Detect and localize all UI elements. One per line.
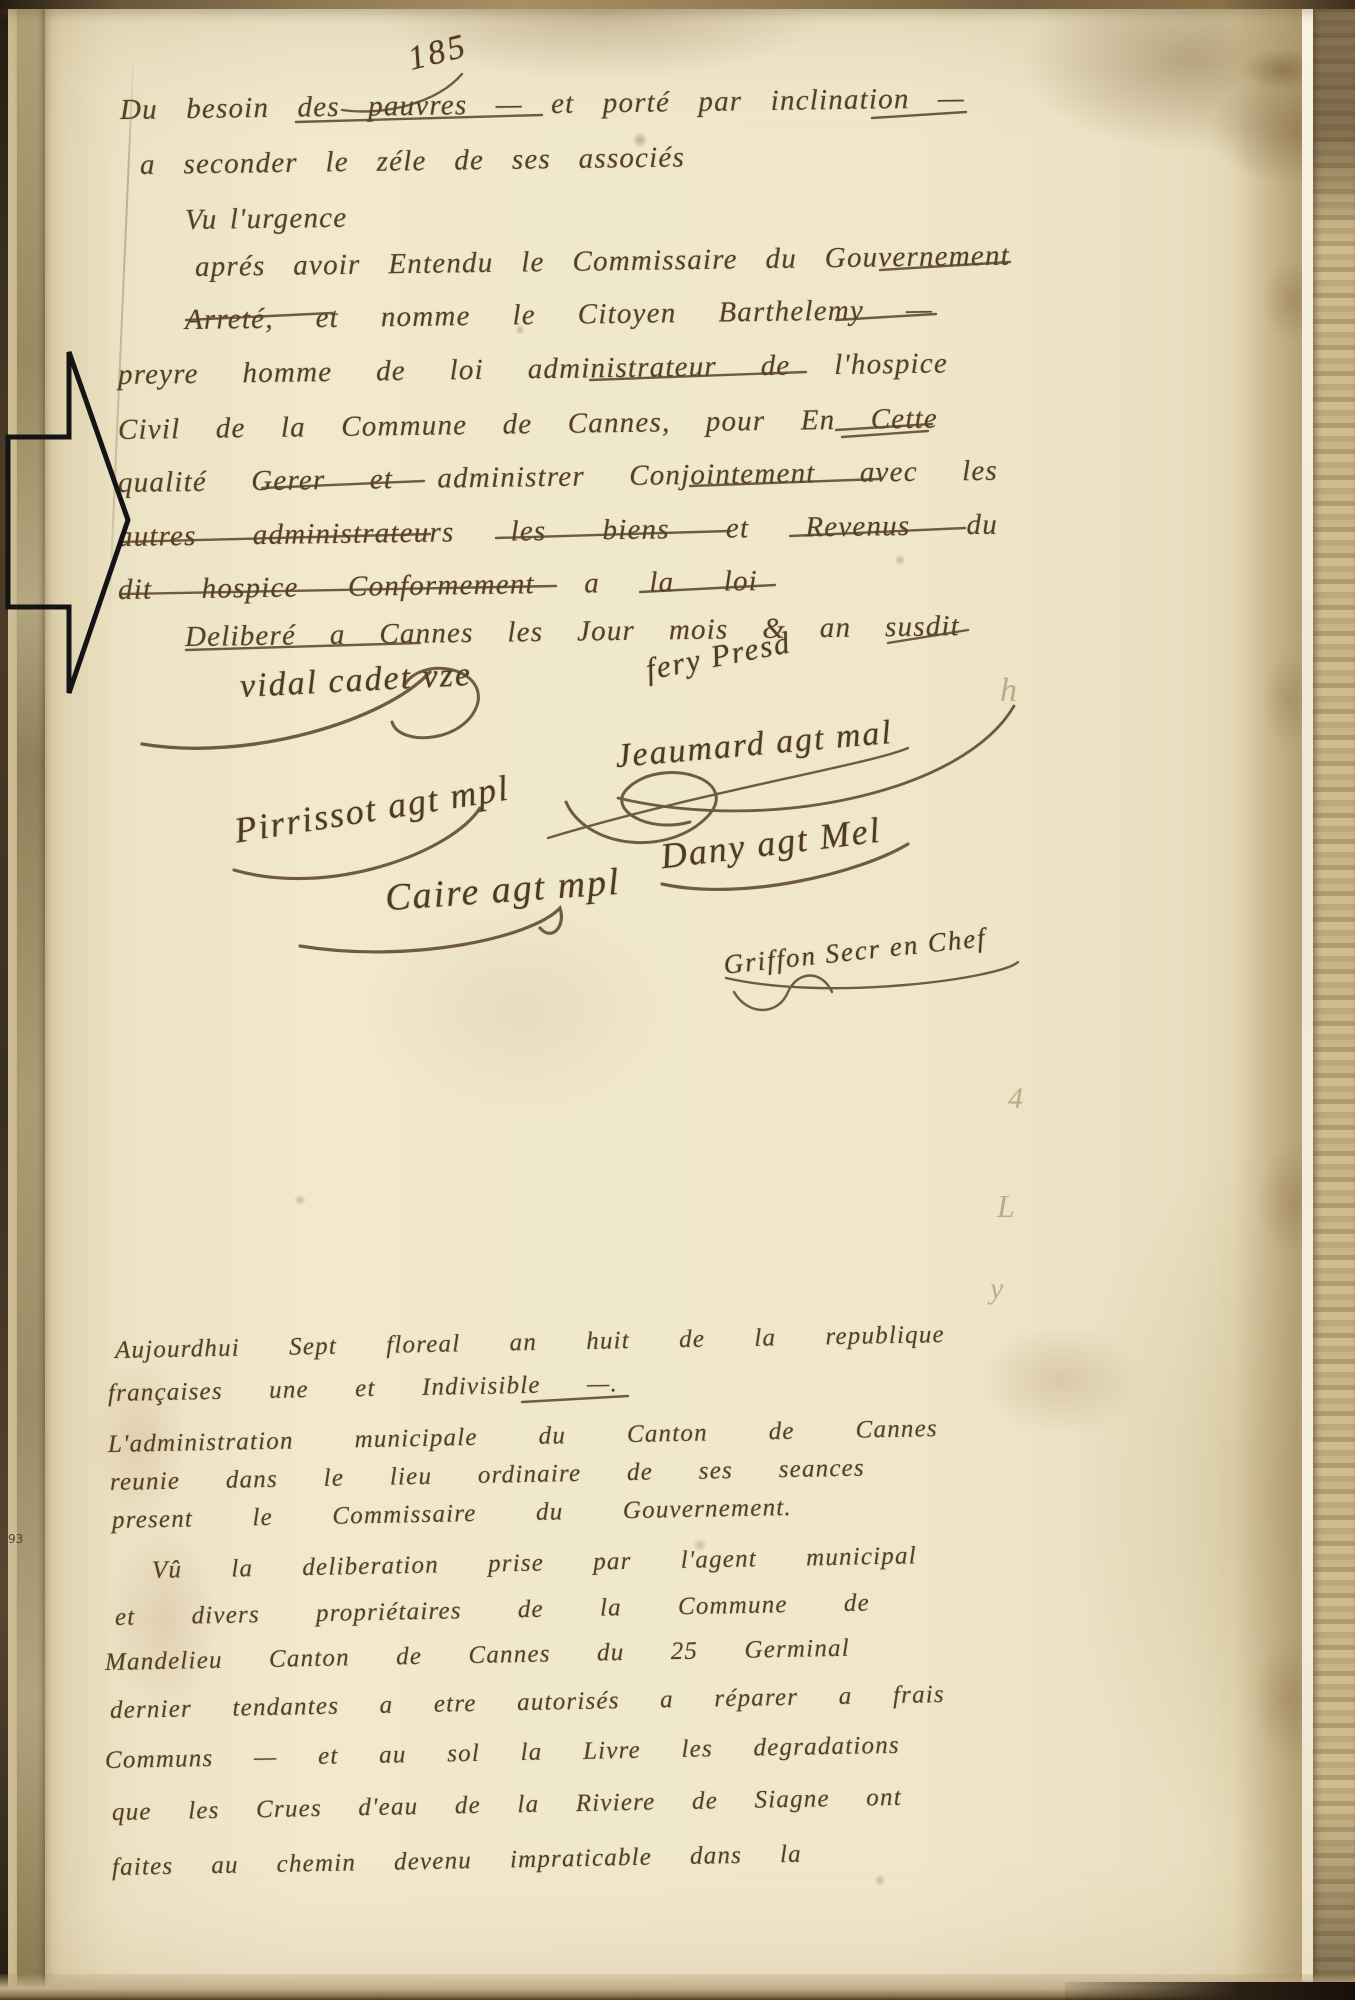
- manuscript-page: 185 93 Du besoin des pauvres — et porté …: [0, 0, 1355, 2000]
- page-gap-highlight: [1302, 0, 1313, 2000]
- book-top-edge: [0, 0, 1355, 9]
- page-stack-edge: [1313, 0, 1355, 2000]
- folio-number: 93: [8, 1532, 23, 1546]
- book-spine-edge: [0, 0, 8, 2000]
- bottom-right-shadow: [1065, 1982, 1355, 2000]
- bleedthrough-mark: 4: [1008, 1082, 1023, 1116]
- bleedthrough-mark: h: [1000, 672, 1017, 710]
- bleedthrough-mark: y: [990, 1272, 1003, 1306]
- frayed-page-edge: [1235, 0, 1305, 2000]
- manuscript-line: Vu l'urgence: [185, 201, 445, 235]
- binding-gutter: [17, 0, 45, 2000]
- bleedthrough-mark: L: [997, 1188, 1015, 1225]
